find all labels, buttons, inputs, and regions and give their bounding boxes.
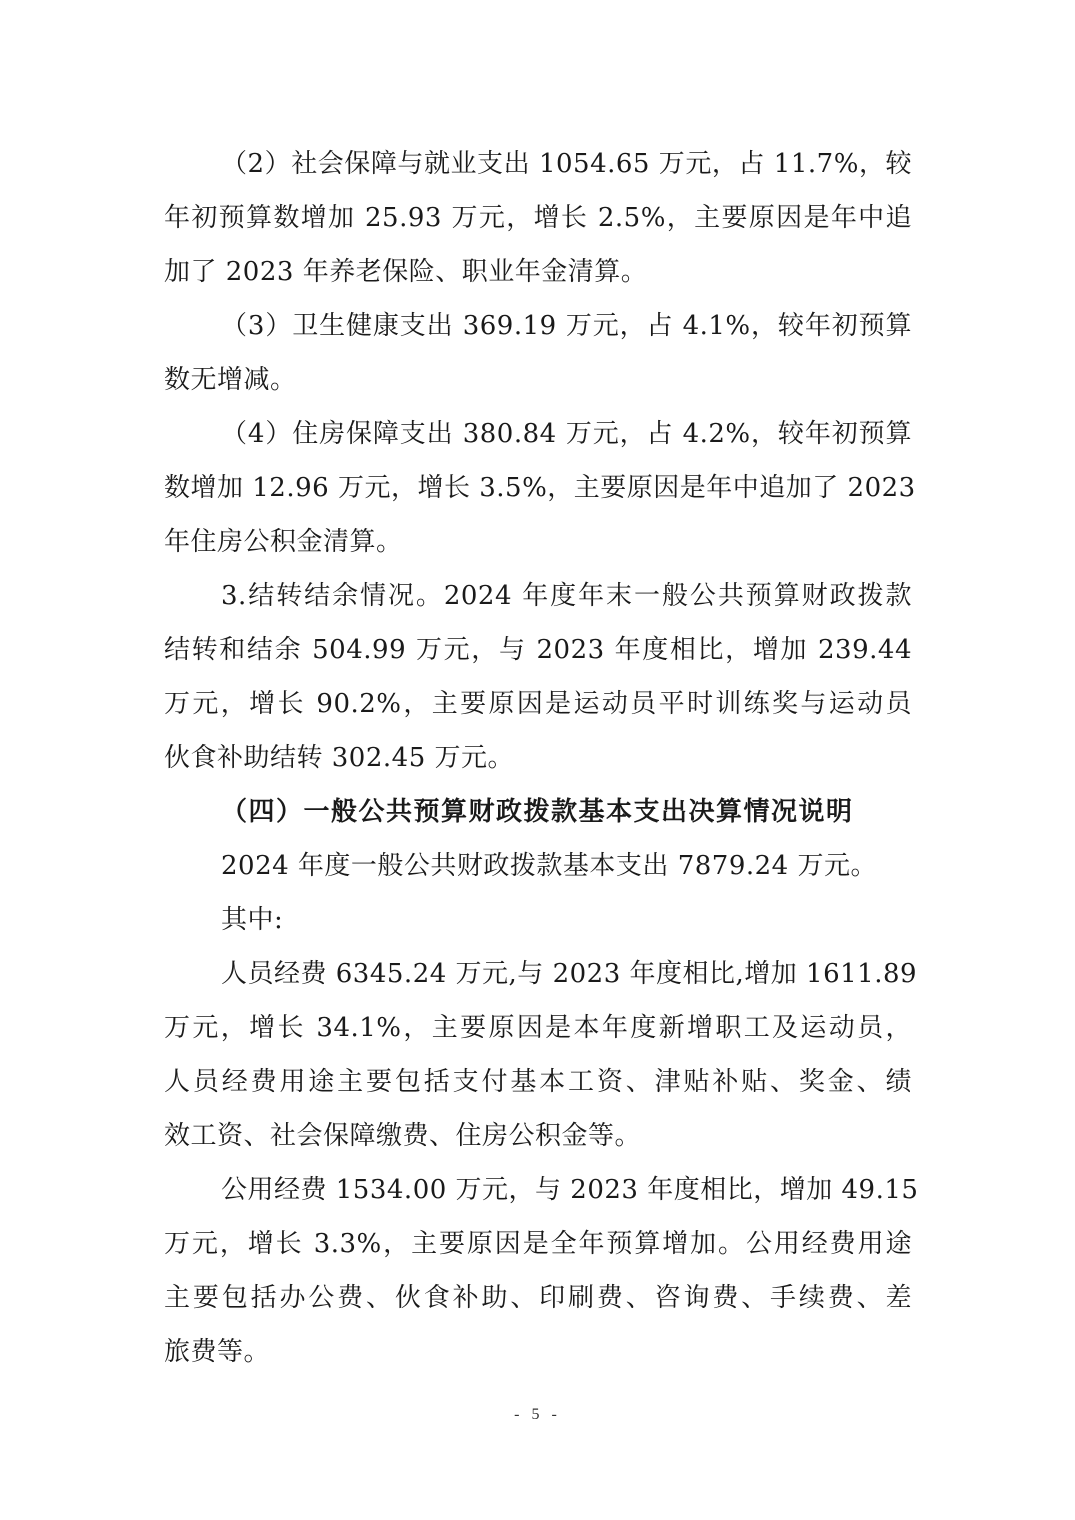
page-number: - 5 - (0, 1406, 1075, 1424)
text-line: 效工资、社会保障缴费、住房公积金等。 (164, 1109, 912, 1163)
text-line: （3）卫生健康支出 369.19 万元，占 4.1%，较年初预算 (164, 299, 912, 353)
text-line: （2）社会保障与就业支出 1054.65 万元，占 11.7%，较 (164, 137, 912, 191)
text-line: 万元，增长 3.3%，主要原因是全年预算增加。公用经费用途 (164, 1217, 912, 1271)
text-line: 3.结转结余情况。2024 年度年末一般公共预算财政拨款 (164, 569, 912, 623)
paragraph-health: （3）卫生健康支出 369.19 万元，占 4.1%，较年初预算 数无增减。 (164, 299, 912, 407)
section-heading: （四）一般公共预算财政拨款基本支出决算情况说明 (164, 785, 912, 839)
text-line: 万元，增长 34.1%，主要原因是本年度新增职工及运动员， (164, 1001, 912, 1055)
paragraph-carryover: 3.结转结余情况。2024 年度年末一般公共预算财政拨款 结转和结余 504.9… (164, 569, 912, 785)
text-line: 伙食补助结转 302.45 万元。 (164, 731, 912, 785)
text-line: 人员经费 6345.24 万元,与 2023 年度相比,增加 1611.89 (164, 947, 912, 1001)
section-heading-text: （四）一般公共预算财政拨款基本支出决算情况说明 (164, 785, 912, 839)
text-line: 人员经费用途主要包括支付基本工资、津贴补贴、奖金、绩 (164, 1055, 912, 1109)
text-line: 结转和结余 504.99 万元，与 2023 年度相比，增加 239.44 (164, 623, 912, 677)
paragraph-personnel-expenses: 人员经费 6345.24 万元,与 2023 年度相比,增加 1611.89 万… (164, 947, 912, 1163)
document-page: （2）社会保障与就业支出 1054.65 万元，占 11.7%，较 年初预算数增… (164, 137, 912, 1379)
paragraph-basic-expenditure-total: 2024 年度一般公共财政拨款基本支出 7879.24 万元。 (164, 839, 912, 893)
paragraph-among-which: 其中: (164, 893, 912, 947)
text-line: 公用经费 1534.00 万元，与 2023 年度相比，增加 49.15 (164, 1163, 912, 1217)
text-line: 万元，增长 90.2%，主要原因是运动员平时训练奖与运动员 (164, 677, 912, 731)
paragraph-social-security: （2）社会保障与就业支出 1054.65 万元，占 11.7%，较 年初预算数增… (164, 137, 912, 299)
text-line: 主要包括办公费、伙食补助、印刷费、咨询费、手续费、差 (164, 1271, 912, 1325)
text-line: （4）住房保障支出 380.84 万元，占 4.2%，较年初预算 (164, 407, 912, 461)
paragraph-public-expenses: 公用经费 1534.00 万元，与 2023 年度相比，增加 49.15 万元，… (164, 1163, 912, 1379)
text-line: 2024 年度一般公共财政拨款基本支出 7879.24 万元。 (164, 839, 912, 893)
text-line: 加了 2023 年养老保险、职业年金清算。 (164, 245, 912, 299)
paragraph-housing: （4）住房保障支出 380.84 万元，占 4.2%，较年初预算 数增加 12.… (164, 407, 912, 569)
text-line: 旅费等。 (164, 1325, 912, 1379)
text-line: 数增加 12.96 万元，增长 3.5%，主要原因是年中追加了 2023 (164, 461, 912, 515)
text-line: 其中: (164, 893, 912, 947)
text-line: 数无增减。 (164, 353, 912, 407)
text-line: 年住房公积金清算。 (164, 515, 912, 569)
text-line: 年初预算数增加 25.93 万元，增长 2.5%，主要原因是年中追 (164, 191, 912, 245)
